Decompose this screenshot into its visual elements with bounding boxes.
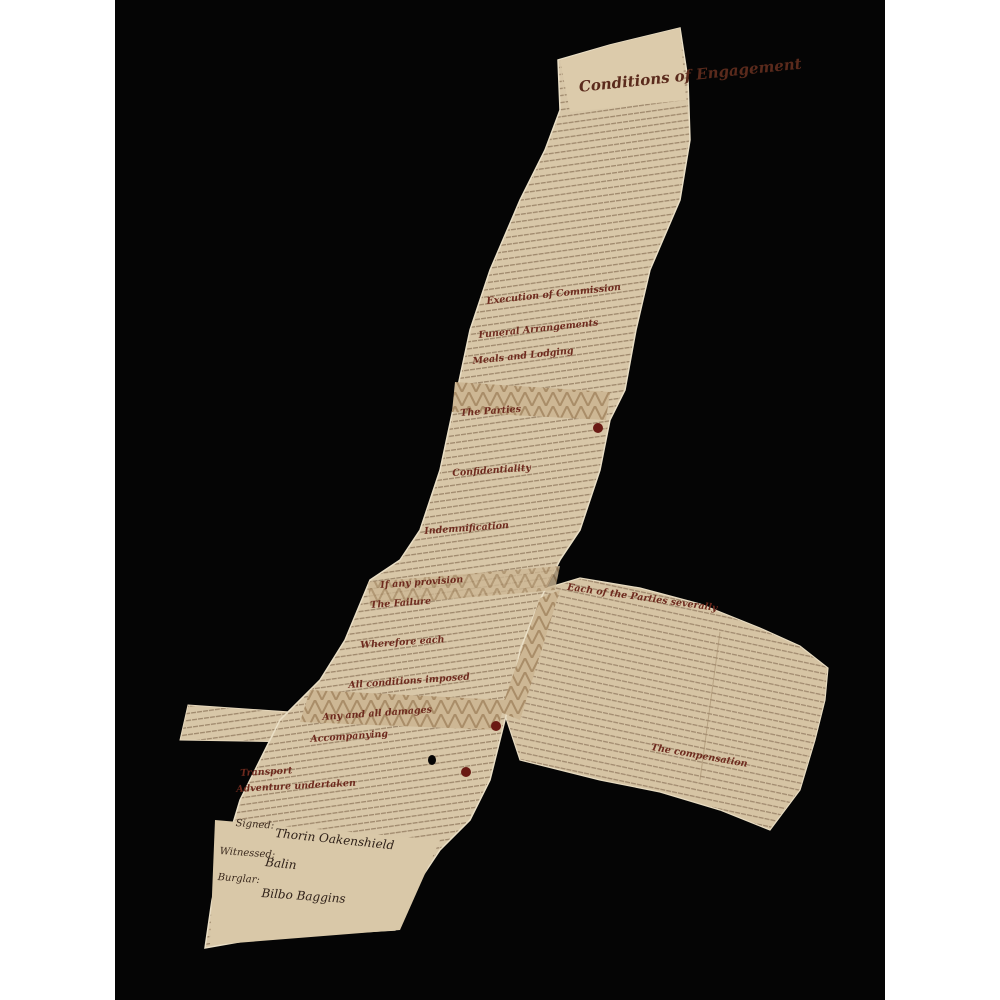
wax-seal [593,423,603,433]
main-scroll [205,28,690,948]
wax-seal [461,767,471,777]
wax-seal [491,721,501,731]
parchment-scroll [0,0,1000,1000]
